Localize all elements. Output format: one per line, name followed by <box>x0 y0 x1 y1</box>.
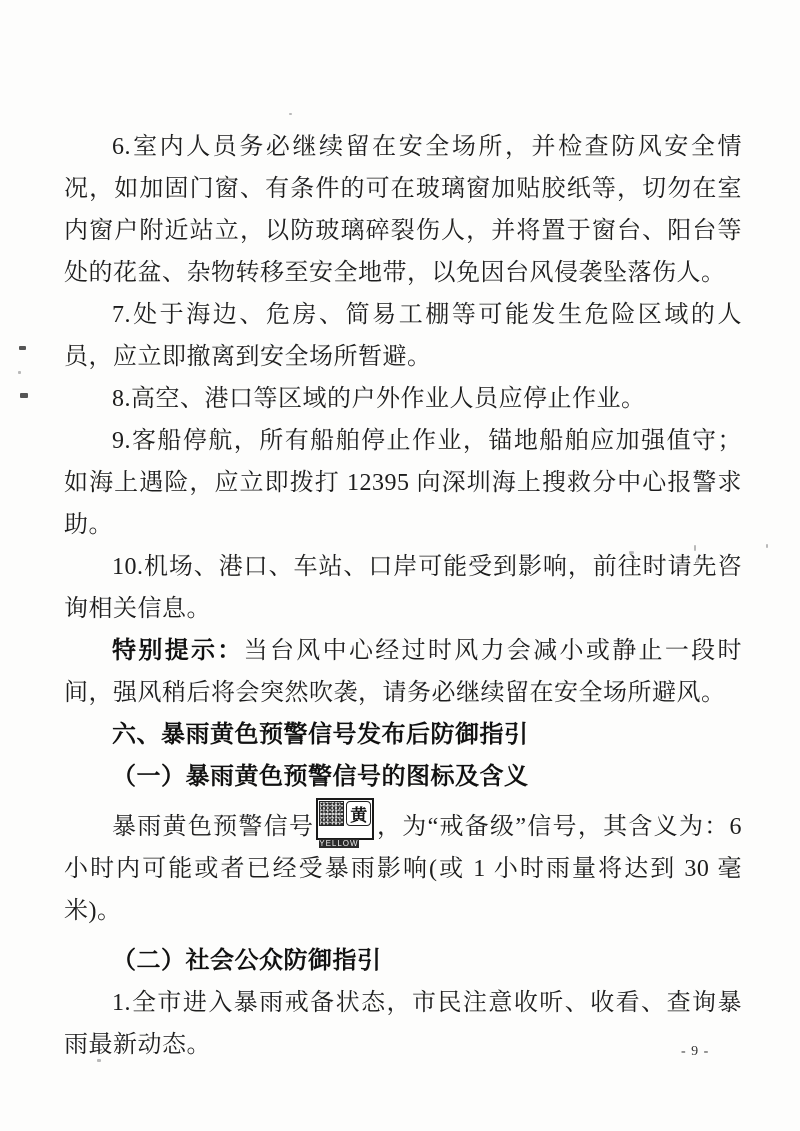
paragraph-item-10: 10.机场、港口、车站、口岸可能受到影响，前往时请先咨询相关信息。 <box>64 546 742 630</box>
subsection-heading-6-1: （一）暴雨黄色预警信号的图标及含义 <box>64 756 742 798</box>
scanned-document-page: 6.室内人员务必继续留在安全场所，并检查防风安全情况，如加固门窗、有条件的可在玻… <box>0 0 800 1131</box>
paragraph-item-9: 9.客船停航，所有船舶停止作业，锚地船舶应加强值守；如海上遇险，应立即拨打 12… <box>64 420 742 546</box>
paragraph-item-1: 1.全市进入暴雨戒备状态，市民注意收听、收看、查询暴雨最新动态。 <box>64 982 742 1066</box>
scan-speck <box>629 551 634 554</box>
scan-speck <box>648 565 652 567</box>
page-number: - 9 - <box>681 1044 709 1060</box>
section-heading-6: 六、暴雨黄色预警信号发布后防御指引 <box>64 714 742 756</box>
scan-speck <box>18 371 21 374</box>
paragraph-item-6: 6.室内人员务必继续留在安全场所，并检查防风安全情况，如加固门窗、有条件的可在玻… <box>64 126 742 294</box>
scan-speck <box>19 346 26 350</box>
special-note-label: 特别提示： <box>112 637 244 664</box>
signal-icon-top: 黄 <box>318 800 372 826</box>
paragraph-item-8: 8.高空、港口等区域的户外作业人员应停止作业。 <box>64 378 742 420</box>
signal-definition-paragraph: 暴雨黄色预警信号黄YELLOW，为“戒备级”信号，其含义为：6 小时内可能或者已… <box>64 798 742 932</box>
rainstorm-yellow-signal-icon: 黄YELLOW <box>316 798 374 840</box>
scan-speck <box>694 545 696 551</box>
subsection-heading-6-2: （二）社会公众防御指引 <box>64 940 742 982</box>
special-note-paragraph: 特别提示：当台风中心经过时风力会减小或静止一段时间，强风稍后将会突然吹袭，请务必… <box>64 630 742 714</box>
scan-speck <box>97 1059 101 1062</box>
scan-speck <box>766 544 768 548</box>
scan-speck <box>633 562 636 565</box>
scan-speck <box>696 558 699 563</box>
scan-speck <box>289 113 292 115</box>
signal-icon-label: YELLOW <box>319 839 358 848</box>
scan-speck <box>20 393 28 398</box>
signal-icon-character: 黄 <box>346 801 371 826</box>
signal-definition-before: 暴雨黄色预警信号 <box>112 814 314 840</box>
rain-cloud-icon <box>319 801 344 826</box>
document-body: 6.室内人员务必继续留在安全场所，并检查防风安全情况，如加固门窗、有条件的可在玻… <box>64 126 742 1066</box>
paragraph-item-7: 7.处于海边、危房、简易工棚等可能发生危险区域的人员，应立即撤离到安全场所暂避。 <box>64 294 742 378</box>
